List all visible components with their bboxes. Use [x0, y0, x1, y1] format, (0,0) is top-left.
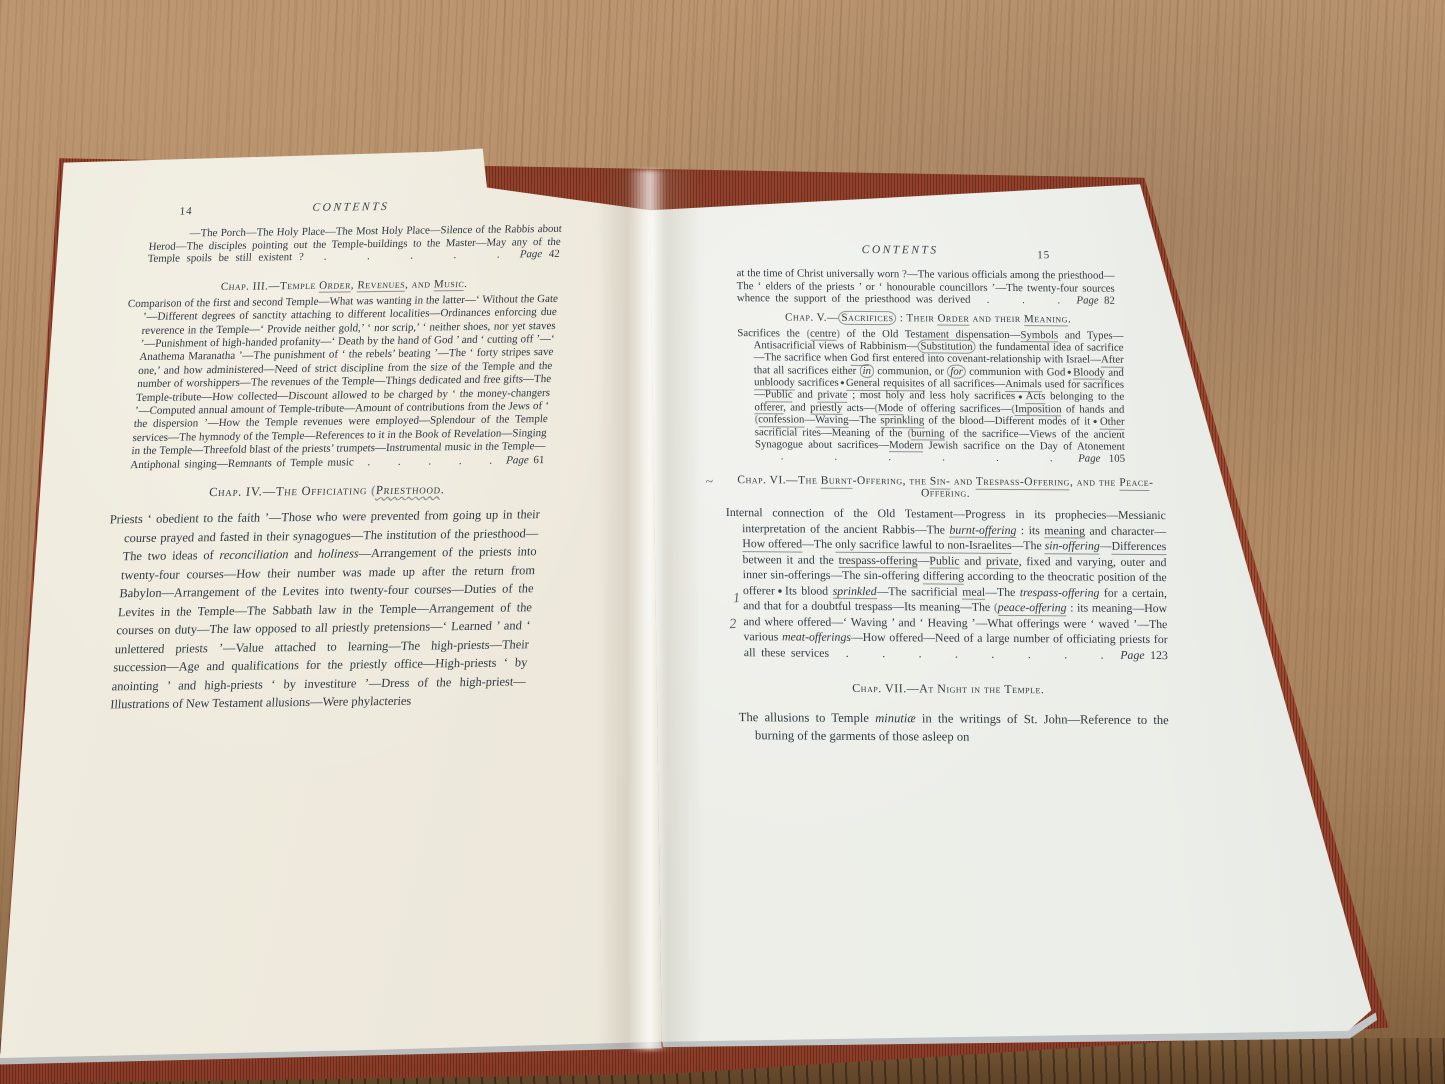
text-run: Peace	[1119, 477, 1149, 491]
text-run: Comparison of the first and second Templ…	[127, 293, 558, 471]
text-run: Differences	[1111, 539, 1166, 555]
chapter-heading: Chap. V.—Sacrifices : Their Order and th…	[737, 311, 1119, 326]
text-run: 123	[1144, 648, 1167, 662]
text-run: Chap. IV.—The Officiating	[209, 483, 372, 499]
text-run: minutiæ	[875, 712, 916, 726]
left-page-content: 14 CONTENTS —The Porch—The Holy Place—Th…	[93, 191, 566, 714]
text-run: ; most holy and less holy sacrifices	[847, 389, 1015, 402]
text-run: Meaning	[1024, 313, 1068, 327]
text-run: —Arrangement of the priests into twenty-…	[110, 544, 538, 711]
text-run: Page	[506, 454, 530, 466]
text-run: between it and the	[742, 552, 838, 567]
chapter-heading: Chap. VII.—At Night in the Temple.	[728, 680, 1168, 698]
text-run: of offering sacrifices—	[903, 402, 1011, 415]
text-run: holiness	[317, 546, 359, 561]
text-run: in	[859, 364, 874, 378]
text-run: and character—	[1085, 523, 1166, 538]
text-run: Public	[929, 553, 959, 569]
text-run: and	[288, 547, 319, 561]
text-run: Priesthood	[375, 482, 441, 497]
text-run: 61	[528, 454, 545, 466]
text-run: Order	[937, 312, 969, 326]
text-run: ●	[776, 586, 784, 595]
text-run: only sacrifice lawful to non-Israelites	[835, 537, 1012, 554]
text-run: Page	[519, 248, 542, 260]
text-run: Trespass-Offering	[976, 476, 1070, 490]
text-run: that all sacrifices either	[754, 364, 860, 377]
text-run: communion, or	[874, 365, 947, 378]
text-run: Chap. V.—	[785, 311, 839, 323]
text-run: Page	[1078, 453, 1100, 465]
text-run: , and the	[1070, 477, 1120, 489]
right-page-content: CONTENTS 15 at the time of Christ univer…	[722, 235, 1169, 748]
text-run: : Their	[896, 312, 937, 324]
text-run: —The	[1011, 538, 1044, 552]
text-run: Sacrifices the	[737, 327, 806, 339]
text-run: 105	[1100, 453, 1125, 465]
text-run: Substitution	[917, 339, 975, 353]
text-run: Page	[1076, 295, 1098, 307]
text-run: . . . . . . . .	[829, 646, 1120, 662]
text-run: reconciliation	[219, 547, 289, 562]
text-run: trespass-offering	[1020, 585, 1100, 600]
text-run: sprinkled	[833, 584, 877, 600]
text-run: , and	[783, 401, 810, 413]
photo-open-book-on-table: 14 CONTENTS —The Porch—The Holy Place—Th…	[0, 0, 1445, 1084]
toc-entry: Priests ‘ obedient to the faith ’—Those …	[93, 505, 540, 714]
text-run: —The	[848, 414, 880, 426]
text-run: ●	[1091, 417, 1099, 426]
text-run: sacrifices	[795, 377, 839, 389]
text-run: and	[1105, 366, 1124, 378]
pencil-margin-note: 2	[729, 617, 737, 633]
text-run: : its	[1016, 523, 1044, 537]
text-run: peace-offering	[998, 600, 1067, 616]
pencil-margin-note: ~	[705, 475, 714, 491]
toc-entry: Comparison of the first and second Templ…	[114, 293, 559, 473]
text-run: —The sacrificial	[876, 584, 962, 599]
text-run: Order	[319, 279, 352, 293]
text-run: . . . . .	[353, 454, 506, 468]
text-run: —	[1100, 539, 1112, 553]
text-run: and	[950, 476, 976, 488]
pencil-margin-note: 1	[732, 591, 740, 607]
text-run: trespass-offering	[838, 553, 917, 569]
text-run: -Offering, the	[853, 475, 930, 488]
page-number-right: 15	[1037, 249, 1050, 261]
chapter-heading: Chap. IV.—The Officiating (Priesthood.	[111, 481, 542, 501]
text-run: and	[959, 554, 986, 568]
text-run: burnt-offering	[949, 523, 1016, 539]
text-run: The allusions to Temple	[739, 711, 876, 726]
text-run: ●	[840, 378, 845, 387]
chapter-heading: Chap. III.—Temple Order, Revenues, and M…	[129, 277, 560, 294]
text-run: Its blood	[785, 583, 833, 597]
text-run: for	[947, 364, 966, 378]
text-run: Burnt	[821, 475, 853, 489]
text-run: .	[1068, 313, 1071, 325]
text-run: acts—	[842, 402, 874, 414]
text-run: of hands and	[1062, 403, 1125, 415]
toc-entry-continuation: —The Porch—The Holy Place—The Most Holy …	[131, 223, 562, 266]
text-run: , and	[405, 278, 435, 290]
text-run: 82	[1099, 295, 1115, 307]
text-run: . . .	[970, 294, 1076, 307]
page-number-left: 14	[179, 205, 193, 217]
text-run: ●	[1016, 392, 1025, 401]
text-run: communion with God	[966, 365, 1066, 378]
text-run: sacrificial rites—Meaning of the	[755, 426, 908, 439]
text-run: 42	[542, 248, 561, 260]
text-run: Sacrifices	[838, 311, 896, 325]
text-run: of all sacrifices—	[924, 377, 1005, 390]
toc-entry: Sacrifices the (centre) of the Old Testa…	[737, 327, 1125, 465]
running-title-right: CONTENTS	[722, 243, 1078, 257]
text-run: meal	[962, 585, 985, 601]
text-run: Revenues	[357, 279, 406, 293]
text-run: Jewish sacrifice on the Day of Atonement	[923, 439, 1125, 452]
text-run: meaning	[1044, 523, 1085, 539]
text-run: Chap. VII.—At Night in the Temple.	[852, 681, 1044, 696]
text-run: ●	[1066, 367, 1072, 376]
text-run: —The	[802, 537, 835, 551]
text-run: .	[440, 482, 445, 496]
left-running-header: 14 CONTENTS	[135, 199, 566, 220]
text-run: belonging to the	[1045, 391, 1124, 404]
right-running-header: CONTENTS 15	[722, 243, 1162, 262]
text-run: Chap. VI.—The	[737, 475, 820, 488]
text-run: and their	[969, 313, 1024, 325]
text-run: —	[804, 414, 815, 426]
running-title-left: CONTENTS	[135, 199, 566, 216]
text-run: Music	[433, 278, 465, 292]
text-run: Chap. III.—Temple	[220, 280, 319, 293]
toc-entry-continuation: at the time of Christ universally worn ?…	[736, 267, 1115, 307]
toc-entry-continuation: The allusions to Temple minutiæ in the w…	[739, 709, 1169, 748]
text-run: private	[986, 554, 1019, 570]
text-run: meat-offerings	[782, 630, 851, 644]
text-run: Page	[1120, 648, 1144, 662]
chapter-heading: Chap. VI.—The Burnt-Offering, the Sin- a…	[735, 475, 1155, 502]
text-run: sin-offering	[1045, 539, 1100, 555]
text-run: .	[464, 278, 468, 290]
text-run: —	[917, 553, 929, 567]
text-run: —The	[985, 585, 1020, 599]
text-run: . . . . .	[303, 249, 520, 264]
text-run: . . . . . .	[755, 450, 1078, 464]
text-run: differing	[923, 569, 964, 585]
text-run: How offered	[742, 537, 802, 553]
text-run: of the blood—Different modes of it	[924, 415, 1090, 428]
toc-entry: Internal connection of the Old Testament…	[726, 505, 1168, 663]
text-run: and	[793, 389, 818, 401]
